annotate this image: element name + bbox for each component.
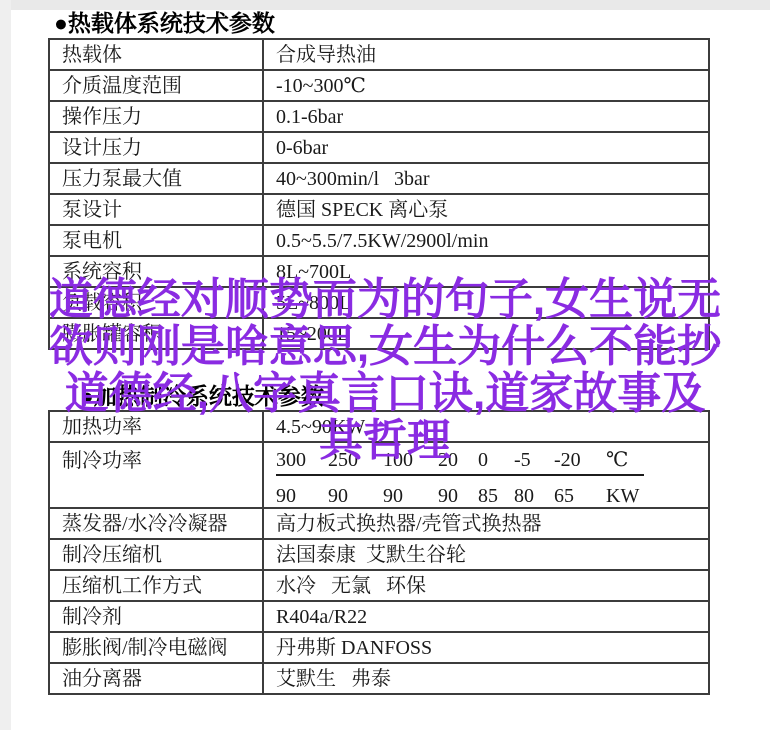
cooling-power: 80 — [514, 485, 554, 507]
table-row: 操作压力 0.1-6bar — [49, 101, 709, 132]
cooling-power-unit: KW — [606, 485, 644, 507]
watermark-text-line: 道德经,八字真言口诀,道家故事及 — [0, 370, 770, 417]
param-label: 膨胀阀/制冷电磁阀 — [49, 632, 263, 663]
param-label: 蒸发器/水冷冷凝器 — [49, 508, 263, 539]
watermark-text-line: 欲则刚是啥意思,女生为什么不能抄 — [0, 323, 770, 370]
param-label: 设计压力 — [49, 132, 263, 163]
table-row: 膨胀阀/制冷电磁阀 丹弗斯 DANFOSS — [49, 632, 709, 663]
param-label: 泵设计 — [49, 194, 263, 225]
cooling-power: 90 — [276, 485, 328, 507]
cooling-power: 90 — [328, 485, 383, 507]
table-row: 设计压力 0-6bar — [49, 132, 709, 163]
param-label: 介质温度范围 — [49, 70, 263, 101]
param-value: 艾默生 弗泰 — [263, 663, 709, 694]
cooling-power: 65 — [554, 485, 606, 507]
param-value: 水冷 无氯 环保 — [263, 570, 709, 601]
table-row: 热载体 合成导热油 — [49, 39, 709, 70]
param-label: 油分离器 — [49, 663, 263, 694]
cooling-power: 90 — [383, 485, 438, 507]
param-label: 泵电机 — [49, 225, 263, 256]
watermark-text: 道德经对顺势而为的句子,女生说无 欲则刚是啥意思,女生为什么不能抄 道德经,八字… — [0, 276, 770, 464]
param-value: 法国泰康 艾默生谷轮 — [263, 539, 709, 570]
param-value: -10~300℃ — [263, 70, 709, 101]
watermark-text-line: 道德经对顺势而为的句子,女生说无 — [0, 276, 770, 323]
table-row: 泵电机 0.5~5.5/7.5KW/2900l/min — [49, 225, 709, 256]
section-title-heat-carrier: ●热载体系统技术参数 — [54, 5, 275, 38]
param-value: 合成导热油 — [263, 39, 709, 70]
table-row: 压力泵最大值 40~300min/l 3bar — [49, 163, 709, 194]
param-label: 操作压力 — [49, 101, 263, 132]
param-label: 热载体 — [49, 39, 263, 70]
param-value: 0-6bar — [263, 132, 709, 163]
param-value: 丹弗斯 DANFOSS — [263, 632, 709, 663]
param-value: 0.5~5.5/7.5KW/2900l/min — [263, 225, 709, 256]
param-value: 0.1-6bar — [263, 101, 709, 132]
watermark-text-line: 其哲理 — [0, 417, 770, 464]
param-value: 高力板式换热器/壳管式换热器 — [263, 508, 709, 539]
table-row: 油分离器 艾默生 弗泰 — [49, 663, 709, 694]
table-row: 泵设计 德国 SPECK 离心泵 — [49, 194, 709, 225]
cooling-powers-row: 90 90 90 90 85 80 65 KW — [276, 485, 644, 507]
cooling-power: 90 — [438, 485, 478, 507]
param-label: 压力泵最大值 — [49, 163, 263, 194]
table-row: 制冷压缩机 法国泰康 艾默生谷轮 — [49, 539, 709, 570]
table-row: 压缩机工作方式 水冷 无氯 环保 — [49, 570, 709, 601]
param-label: 制冷剂 — [49, 601, 263, 632]
param-value: R404a/R22 — [263, 601, 709, 632]
param-value: 德国 SPECK 离心泵 — [263, 194, 709, 225]
table-row: 蒸发器/水冷冷凝器 高力板式换热器/壳管式换热器 — [49, 508, 709, 539]
table-row: 制冷剂 R404a/R22 — [49, 601, 709, 632]
cooling-power: 85 — [478, 485, 514, 507]
param-label: 制冷压缩机 — [49, 539, 263, 570]
param-label: 压缩机工作方式 — [49, 570, 263, 601]
param-value: 40~300min/l 3bar — [263, 163, 709, 194]
table-row: 介质温度范围 -10~300℃ — [49, 70, 709, 101]
